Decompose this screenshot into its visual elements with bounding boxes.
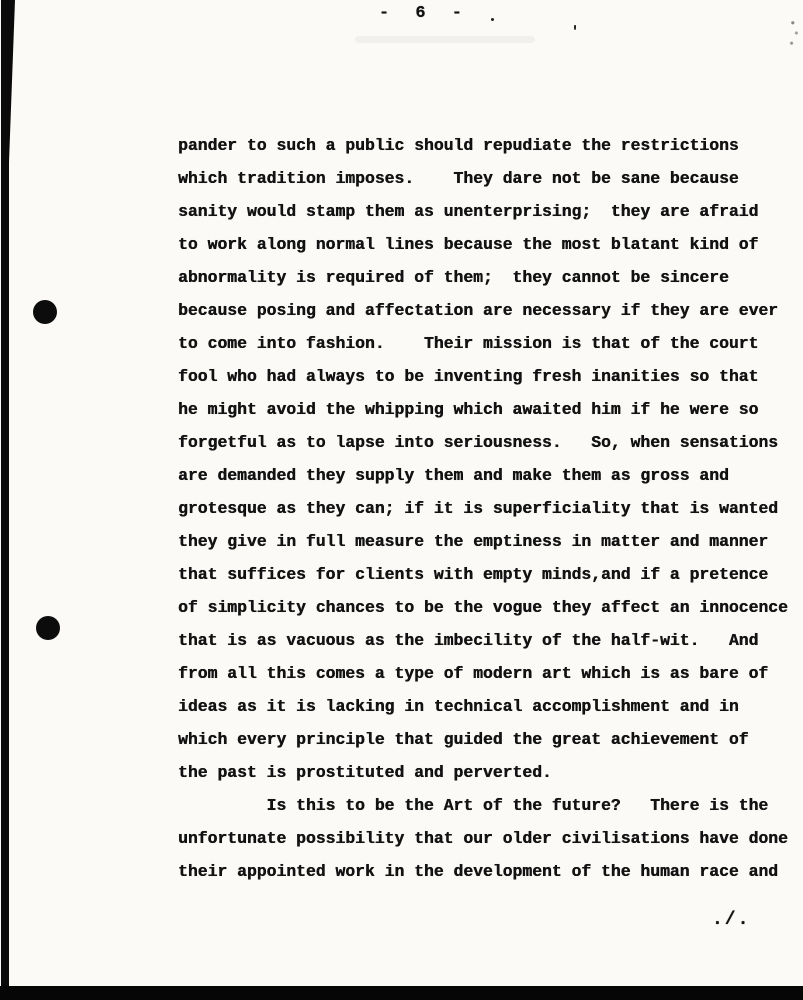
scan-smudge [788, 16, 800, 50]
ink-speck [491, 18, 494, 21]
page-number: - 6 - [379, 4, 470, 23]
hole-punch-top [33, 300, 57, 324]
scan-edge-left-top [1, 0, 15, 170]
typed-line-10: forgetful as to lapse into seriousness. … [178, 426, 788, 459]
typed-line-19: which every principle that guided the gr… [178, 723, 788, 756]
typed-line-2: which tradition imposes. They dare not b… [178, 162, 788, 195]
typed-line-20: the past is prostituted and perverted. [178, 756, 788, 789]
hole-punch-bottom [36, 616, 60, 640]
typed-line-3: sanity would stamp them as unenterprisin… [178, 195, 788, 228]
typed-line-14: that suffices for clients with empty min… [178, 558, 788, 591]
body-text: pander to such a public should repudiate… [178, 129, 788, 888]
typed-line-16: that is as vacuous as the imbecility of … [178, 624, 788, 657]
typed-line-21: Is this to be the Art of the future? The… [178, 789, 788, 822]
typed-line-9: he might avoid the whipping which awaite… [178, 393, 788, 426]
typed-line-7: to come into fashion. Their mission is t… [178, 327, 788, 360]
scan-edge-bottom [0, 986, 803, 1000]
typed-line-23: their appointed work in the development … [178, 855, 788, 888]
typed-line-1: pander to such a public should repudiate… [178, 129, 788, 162]
continuation-mark: ./. [712, 910, 750, 930]
ink-speck [574, 25, 576, 30]
typed-line-17: from all this comes a type of modern art… [178, 657, 788, 690]
scan-streak [355, 36, 535, 43]
typed-line-15: of simplicity chances to be the vogue th… [178, 591, 788, 624]
typed-line-18: ideas as it is lacking in technical acco… [178, 690, 788, 723]
typed-line-8: fool who had always to be inventing fres… [178, 360, 788, 393]
typed-line-13: they give in full measure the emptiness … [178, 525, 788, 558]
typed-line-6: because posing and affectation are neces… [178, 294, 788, 327]
document-page: - 6 - pander to such a public should rep… [0, 0, 803, 1000]
typed-line-11: are demanded they supply them and make t… [178, 459, 788, 492]
typed-line-12: grotesque as they can; if it is superfic… [178, 492, 788, 525]
typed-line-4: to work along normal lines because the m… [178, 228, 788, 261]
typed-line-22: unfortunate possibility that our older c… [178, 822, 788, 855]
typed-line-5: abnormality is required of them; they ca… [178, 261, 788, 294]
